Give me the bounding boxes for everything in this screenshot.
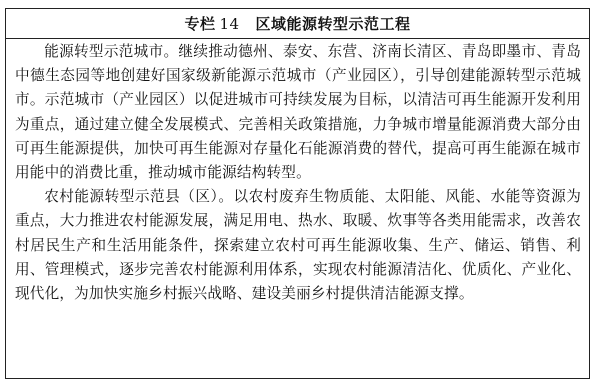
box-label: 专栏	[184, 13, 215, 34]
paragraph-rural-demo: 农村能源转型示范县（区）。以农村废弃生物质能、太阳能、风能、水能等资源为重点，大…	[15, 185, 581, 306]
feature-box: 专栏 14 区域能源转型示范工程 能源转型示范城市。继续推动德州、泰安、东营、济…	[5, 8, 590, 379]
paragraph-urban-demo: 能源转型示范城市。继续推动德州、泰安、东营、济南长清区、青岛即墨市、青岛中德生态…	[15, 40, 581, 185]
box-number: 14	[219, 15, 239, 33]
box-body: 能源转型示范城市。继续推动德州、泰安、东营、济南长清区、青岛即墨市、青岛中德生态…	[6, 39, 589, 306]
box-header: 专栏 14 区域能源转型示范工程	[6, 9, 589, 39]
box-title: 区域能源转型示范工程	[256, 13, 411, 34]
